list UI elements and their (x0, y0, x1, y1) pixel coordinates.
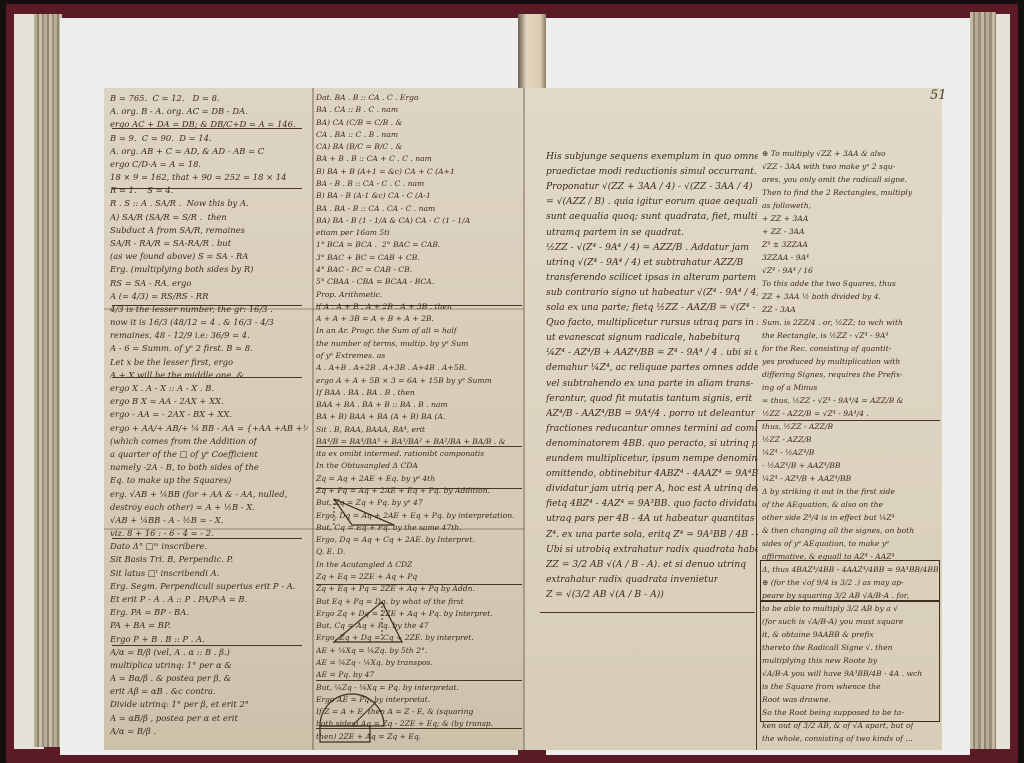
manuscript-line: To this adde the two Squares, thus (762, 280, 896, 288)
manuscript-line: A) SA/R (SA/R = S/R . then (110, 213, 227, 222)
book-gutter (518, 14, 546, 94)
manuscript-line: BA . CA :: B . C . nam (316, 106, 398, 114)
manuscript-line: AZ⁴/B - AAZ⁴/BB = 9A⁴/4 . porro ut delea… (546, 409, 755, 419)
manuscript-line: ¼Z⁴ - ½AZ⁴/B (762, 449, 814, 457)
manuscript-line: B = 765. C = 12. D = 8. (110, 94, 220, 103)
manuscript-line: eundem multiplicetur, ipsum nempe denomi… (546, 454, 758, 464)
manuscript-line: Quo facto, multiplicetur rursus utraq pa… (546, 318, 758, 328)
manuscript-line: namely -2A - B, to both sides of the (110, 463, 259, 472)
manuscript-line: 3ZZAA - 9A⁴ (762, 254, 809, 262)
manuscript-line: ken out of 3/2 AB, & of √A apart, but of (762, 722, 913, 730)
note-box (760, 600, 940, 722)
manuscript-line: etiam per 16am 5ti (316, 229, 390, 237)
manuscript-line: a quarter of the □ of yᵉ Coefficient (110, 450, 258, 459)
equation-box (760, 560, 940, 602)
manuscript-line: transferendo scilicet ipsas in alteram p… (546, 273, 756, 283)
manuscript-line: CA . BA :: C . B . nam (316, 131, 398, 139)
manuscript-line: yes produced by multiplication with (762, 358, 900, 366)
manuscript-line: ZZ + 3AA ½ both divided by 4. (762, 293, 881, 301)
manuscript-line: ½ZZ - AZZ/B = √Z⁴ - 9A⁴/4 . (762, 410, 869, 418)
manuscript-line: PA + BA = BP. (110, 621, 171, 630)
manuscript-line: erg. √AB + ¼BB (for + AA & - AA, nulled, (110, 490, 287, 499)
manuscript-line: demahur ¼Z⁴, ac reliquae partes omnes ad… (546, 363, 758, 373)
manuscript-line: Sit . B, BAA, BAAA, BA⁴, erit (316, 426, 425, 434)
manuscript-line: B = 9. C = 90. D = 14. (110, 134, 212, 143)
manuscript-line: extrahatur radix quadrata invenietur (546, 575, 718, 585)
manuscript-line: as followeth, (762, 202, 811, 210)
manuscript-line: If BAA . BA . BA . B . then (316, 389, 415, 397)
manuscript-line: utraq pars per 4B - 4A ut habeatur quant… (546, 514, 755, 524)
manuscript-line: + ZZ + 3AA (762, 215, 808, 223)
manuscript-line: Erg. (multiplying both sides by R) (110, 265, 253, 274)
acute-triangle-diagram (330, 598, 410, 646)
manuscript-line: AE + ¼Xq = ¼Zq. by 5th 2°. (316, 647, 427, 655)
manuscript-line: - ½AZ⁴/B + AAZ⁴/BB (762, 462, 840, 470)
manuscript-line: sola ex una parte; fietq ½ZZ - AAZ/B = √… (546, 303, 758, 313)
manuscript-line: Z = √(3/2 AB √(A / B - A)) (546, 590, 664, 600)
manuscript-line: Ubi si utrobiq extrahatur radix quadrata… (546, 545, 758, 555)
manuscript-line: ergo C/D-A = A = 18. (110, 160, 201, 169)
manuscript-line: √Z⁴ - 9A⁴ / 16 (762, 267, 813, 275)
manuscript-line: 3° BAC + BC = CAB + CB. (316, 254, 420, 262)
manuscript-line: Sum. is 2ZZ/4 . or, ½ZZ; to wch with (762, 319, 903, 327)
manuscript-line: ergo A + A + 5B × 3 = 6A + 15B by yᵉ Sum… (316, 377, 492, 385)
manuscript-line: ZZ - 3AA (762, 306, 796, 314)
manuscript-line: Z⁴ ± 3ZZAA (762, 241, 808, 249)
manuscript-line: A = αB/β , postea per α et erit (110, 714, 238, 723)
semicircle-diagram (316, 686, 388, 746)
manuscript-line: A - 6 = Summ. of yᵉ 2 first. B = 8. (110, 344, 253, 353)
manuscript-line: ergo B X = AA - 2AX + XX. (110, 397, 224, 406)
manuscript-line: ZZ = 3/2 AB √(A / B - A). et si denuo ut… (546, 560, 746, 570)
manuscript-line: Q. E. D. (316, 548, 345, 556)
manuscript-line: In an Ar. Progr. the Sum of all = half (316, 327, 457, 335)
fold-line (523, 88, 525, 750)
manuscript-line: BA⁴/B = BA⁴/BA³ + BA³/BA² + BA²/BA + BA/… (316, 438, 506, 446)
manuscript-line: RS = SA - RA. ergo (110, 279, 191, 288)
left-page-edges (34, 14, 62, 747)
manuscript-line: Zq = Aq + 2AE + Eq. by yᵉ 4th (316, 475, 435, 483)
manuscript-line: A/α = B/β (vel, A . α :: B . β.) (110, 648, 230, 657)
right-page-edges (970, 12, 996, 749)
manuscript-line: Divide utrinq: 1° per β, et erit 2° (110, 700, 249, 709)
manuscript-line: ing of a Minus (762, 384, 817, 392)
manuscript-line: praedictae modi reductionis simul occurr… (546, 167, 757, 177)
manuscript-line: Ergo, Dq = Aq + Cq + 2AE. by Interpret. (316, 536, 475, 544)
manuscript-line: Zq + Eq = 2ZE + Aq + Pq (316, 573, 417, 581)
manuscript-line: ½ZZ - √(Z⁴ - 9A⁴ / 4) = AZZ/B . Addatur … (546, 243, 749, 253)
manuscript-line: fractiones reducantur omnes termini ad c… (546, 424, 758, 434)
manuscript-line: = √(AZZ / B) . quia igitur eorum quae ae… (546, 197, 758, 207)
page-number: 51 (930, 88, 947, 103)
manuscript-line: SA/R - RA/R = SA-RA/R . but (110, 239, 231, 248)
manuscript-line: 18 × 9 = 162, that + 90 = 252 = 18 × 14 (110, 173, 286, 182)
manuscript-line: √AB + ¼BB - A - ½B = - X. (110, 516, 223, 525)
manuscript-line: the whole, consisting of two kinds of ..… (762, 735, 913, 743)
manuscript-line: differing Signes, requires the Prefix- (762, 371, 903, 379)
manuscript-line: 4° BAC - BC = CAB - CB. (316, 266, 412, 274)
manuscript-line: utrinq √(Z⁴ - 9A⁴ / 4) et subtrahatur AZ… (546, 258, 743, 268)
manuscript-line: utramq partem in se quadrat. (546, 228, 684, 238)
manuscript-line: A. org. B - A. org. AC = DB - DA. (110, 107, 248, 116)
manuscript-line: 5° CBAA - CBA = BCAA - BCA. (316, 278, 434, 286)
manuscript-line: the number of terms, multip. by yᵉ Sum (316, 340, 468, 348)
manuscript-line: BA) CA (C/B = C/B . & (316, 119, 402, 127)
manuscript-line: Erg. Segm. Perpendiculi superius erit P … (110, 582, 295, 591)
manuscript-line: Prop. Arithmetic. (316, 291, 382, 299)
manuscript-line: Ergo P + B . B :: P . A. (110, 635, 205, 644)
manuscript-line: viz. 8 + 16 : - 6 - 4 = - 2. (110, 529, 214, 538)
manuscript-line: ut evanescat signum radicale, habebiturq (546, 333, 740, 343)
manuscript-line: BA + B) BAA + BA (A + B) BA (A. (316, 413, 445, 421)
manuscript-line: 4/3 is the lesser number, the gr: 16/3 . (110, 305, 273, 314)
manuscript-line: other side Z⁴/4 is in effect but ¼Z⁴ (762, 514, 895, 522)
manuscript-line: dividatur jam utriq per A, hoc est A utr… (546, 484, 758, 494)
manuscript-line: now it is 16/3 (48/12 = 4 . & 16/3 - 4/3 (110, 318, 274, 327)
manuscript-line: A + X will be the middle one. & (110, 371, 244, 380)
manuscript-line: ½ZZ - AZZ/B (762, 436, 811, 444)
manuscript-line: Et erit P - A . A :: P . PA/P-A = B. (110, 595, 247, 604)
manuscript-line: fietq 4BZ⁴ - 4AZ⁴ = 9A³BB. quo facto div… (546, 499, 758, 509)
manuscript-line: thus, ½ZZ - AZZ/B (762, 423, 833, 431)
manuscript-line: ergo + AA/+ AB/+ ¼ BB - AA = {+AA +AB +¼… (110, 424, 308, 433)
manuscript-line: In the Acutangled Δ CDZ (316, 561, 412, 569)
obtuse-triangle-diagram (330, 495, 402, 535)
manuscript-line: sub contrario signo ut habeatur √(Z⁴ - 9… (546, 288, 758, 298)
manuscript-line: + ZZ - 3AA (762, 228, 805, 236)
manuscript-line: ∞ thus, ½ZZ - √Z⁴ - 9A⁴/4 = AZZ/B & (762, 397, 903, 405)
manuscript-line: Subduct A from SA/R, remaines (110, 226, 245, 235)
manuscript-line: ¼Z⁴ - AZ⁴/B + AAZ⁴/BB (762, 475, 851, 483)
manuscript-line: AE = ¼Zq - ¼Xq. by transpos. (316, 659, 433, 667)
manuscript-line: Sit latus □ᵗ inscribendi A. (110, 569, 219, 578)
manuscript-line: In the Obtusangled Δ CDA (316, 462, 418, 470)
manuscript-line: vel subtrahendo ex una parte in aliam tr… (546, 379, 753, 389)
manuscript-line: Eq. to make up the Squares) (110, 476, 231, 485)
manuscript-line: Proponatur √(ZZ + 3AA / 4) - √(ZZ - 3AA … (546, 182, 753, 192)
manuscript-line: Sit Basis Tri. B, Perpendic. P. (110, 555, 233, 564)
manuscript-line: Then to find the 2 Rectangles, multiply (762, 189, 912, 197)
manuscript-line: A = Bα/β . & postea per β, & (110, 674, 231, 683)
manuscript-line: B) BA + B (A+1 = &c) CA + C (A+1 (316, 168, 455, 176)
manuscript-line: sides of yᵉ AEquation, to make yᵉ (762, 540, 889, 548)
manuscript-line: R . S :: A . SA/R . Now this by A. (110, 199, 249, 208)
manuscript-line: ⊕ To multiply √ZZ + 3AA & also (762, 150, 886, 158)
manuscript-line: (which comes from the Addition of (110, 437, 257, 446)
manuscript-line: ergo X . A - X :: A - X . B. (110, 384, 214, 393)
manuscript-line: ergo - AA = - 2AX - BX + XX. (110, 410, 232, 419)
manuscript-line: destroy each other) = A + ½B - X. (110, 503, 255, 512)
manuscript-line: A (= 4/3) = RS/RS - RR (110, 292, 208, 301)
manuscript-line: & then changing all the signes, on both (762, 527, 914, 535)
manuscript-line: BA . BA - B :: CA . CA - C . nam (316, 205, 435, 213)
manuscript-line: multiplica utrinq: 1° per α & (110, 661, 232, 670)
manuscript-line: AE = Pq. by 47 (316, 671, 374, 679)
manuscript-line: BA) BA - B (1 - 1/A & CA) CA - C (1 - 1/… (316, 217, 470, 225)
manuscript-line: sunt aequalia quoq; sunt quadrata, fiet,… (546, 212, 758, 222)
manuscript-line: His subjunge sequens exemplum in quo omn… (546, 152, 758, 162)
manuscript-line: (as we found above) S = SA - RA (110, 252, 248, 261)
manuscript-line: ferantur, quod fit mutatis tantum signis… (546, 394, 752, 404)
manuscript-line: A. org. AB + C = AD, & AD - AB = C (110, 147, 264, 156)
manuscript-line: for the Rec. consisting of quantit- (762, 345, 891, 353)
manuscript-line: Erg. PA = BP - BA. (110, 608, 189, 617)
manuscript-line: remaines, 48 - 12/9 i.e: 36/9 = 4. (110, 331, 250, 340)
manuscript-line: √ZZ - 3AA with two make yᵉ 2 squ- (762, 163, 895, 171)
manuscript-line: Dato Δ° □ᵐ inscribere. (110, 542, 207, 551)
manuscript-line: BA - B . B :: CA - C . C . nam (316, 180, 424, 188)
manuscript-line: A/α = B/β . (110, 727, 156, 736)
manuscript-line: Zq + Eq + Pq = 2ZE + Aq + Pq by Addn. (316, 585, 475, 593)
manuscript-line: of the AEquation, & also on the (762, 501, 883, 509)
manuscript-line: ¼Z⁴ - AZ⁴/B + AAZ⁴/BB = Z⁴ - 9A⁴ / 4 . u… (546, 348, 758, 358)
manuscript-line: 1° BCA = BCA . 2° BAC = CAB. (316, 241, 440, 249)
manuscript-line: omittendo, obtinebitur 4ABZ⁴ - 4AAZ⁴ = 9… (546, 469, 758, 479)
fold-line (312, 88, 314, 750)
manuscript-line: ita ex omibt intermed. rationibt compona… (316, 450, 484, 458)
manuscript-line: A . A+B . A+2B . A+3B . A+4B . A+5B. (316, 364, 467, 372)
manuscript-line: Δ by striking it out in the first side (762, 488, 895, 496)
manuscript-line: A + A + 3B = A + B + A + 2B. (316, 315, 434, 323)
manuscript-line: BA + B . B :: CA + C . C . nam (316, 155, 432, 163)
manuscript-line: erit Aβ = αB . &c contra. (110, 687, 216, 696)
manuscript-line: BAA + BA . BA + B :: BA . B . nam (316, 401, 448, 409)
manuscript-line: CA) BA (B/C = B/C . & (316, 143, 402, 151)
manuscript-line: of yᵉ Extremes. as (316, 352, 385, 360)
manuscript-line: Dat. BA . B :: CA . C . Ergo (316, 94, 419, 102)
manuscript-line: B) BA - B (A-1 &c) CA - C (A-1 (316, 192, 431, 200)
manuscript-line: the Rectangle, is ½ZZ - √Z⁴ - 9A⁴ (762, 332, 888, 340)
manuscript-line: Let x be the lesser first, ergo (110, 358, 233, 367)
manuscript-line: denominatorem 4BB. quo peracto, si utrin… (546, 439, 758, 449)
manuscript-line: Z⁴. ex una parte sola, eritq Z⁴ = 9A³BB … (546, 530, 758, 540)
manuscript-line: ares, you only omit the radicall signe. (762, 176, 907, 184)
